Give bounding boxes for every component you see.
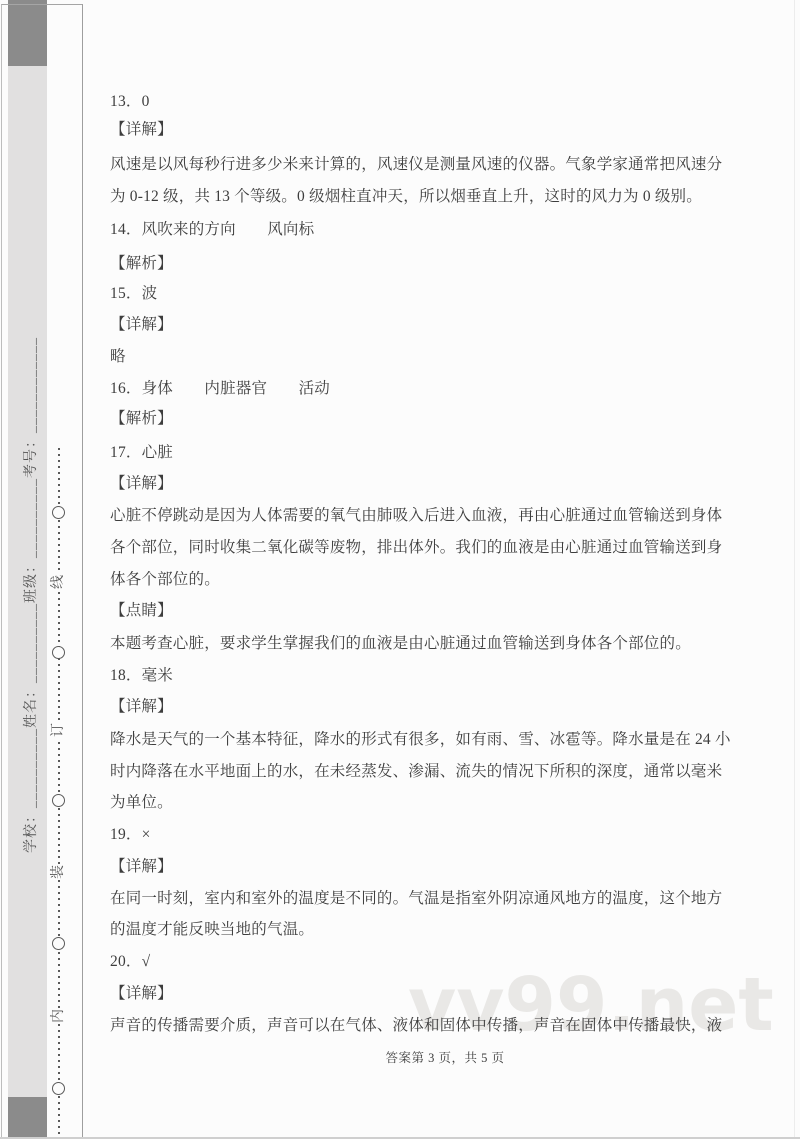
answer-sheet-page: 学校：__________姓名：__________班级：__________考… <box>0 0 800 1139</box>
page-footer: 答案第 3 页，共 5 页 <box>100 1048 790 1066</box>
answer-line: 【详解】 <box>110 474 750 493</box>
answer-line: 为单位。 <box>110 793 750 812</box>
answer-line: 13．0 <box>110 92 750 111</box>
answer-line: 时内降落在水平地面上的水，在未经蒸发、渗漏、流失的情况下所积的深度，通常以毫米 <box>110 762 750 781</box>
answer-line: 略 <box>110 347 750 366</box>
answers-content: 13．0【详解】风速是以风每秒行进多少米来计算的，风速仪是测量风速的仪器。气象学… <box>0 0 800 1137</box>
answer-line: 【详解】 <box>110 120 750 139</box>
answer-line: 声音的传播需要介质，声音可以在气体、液体和固体中传播，声音在固体中传播最快，液 <box>110 1016 750 1035</box>
answer-line: 【详解】 <box>110 857 750 876</box>
answer-line: 风速是以风每秒行进多少米来计算的，风速仪是测量风速的仪器。气象学家通常把风速分 <box>110 155 750 174</box>
answer-line: 【详解】 <box>110 315 750 334</box>
answer-line: 14．风吹来的方向 风向标 <box>110 220 750 239</box>
answer-line: 【详解】 <box>110 697 750 716</box>
answer-line: 本题考查心脏，要求学生掌握我们的血液是由心脏通过血管输送到身体各个部位的。 <box>110 634 750 653</box>
answer-line: 【解析】 <box>110 409 750 428</box>
answer-line: 【点睛】 <box>110 601 750 620</box>
answer-line: 【详解】 <box>110 984 750 1003</box>
answer-line: 的温度才能反映当地的气温。 <box>110 920 750 939</box>
answer-line: 各个部位，同时收集二氧化碳等废物，排出体外。我们的血液是由心脏通过血管输送到身 <box>110 538 750 557</box>
answer-line: 在同一时刻，室内和室外的温度是不同的。气温是指室外阴凉通风地方的温度，这个地方 <box>110 889 750 908</box>
answer-line: 【解析】 <box>110 254 750 273</box>
answer-line: 20．√ <box>110 952 750 971</box>
answer-line: 15．波 <box>110 284 750 303</box>
answer-line: 为 0-12 级，共 13 个等级。0 级烟柱直冲天，所以烟垂直上升，这时的风力… <box>110 187 750 206</box>
answer-line: 17．心脏 <box>110 443 750 462</box>
answer-line: 16．身体 内脏器官 活动 <box>110 379 750 398</box>
answer-line: 体各个部位的。 <box>110 570 750 589</box>
answer-line: 心脏不停跳动是因为人体需要的氧气由肺吸入后进入血液，再由心脏通过血管输送到身体 <box>110 506 750 525</box>
answer-line: 18．毫米 <box>110 666 750 685</box>
answer-line: 19．× <box>110 825 750 844</box>
answer-line: 降水是天气的一个基本特征，降水的形式有很多，如有雨、雪、冰雹等。降水量是在 24… <box>110 730 750 749</box>
